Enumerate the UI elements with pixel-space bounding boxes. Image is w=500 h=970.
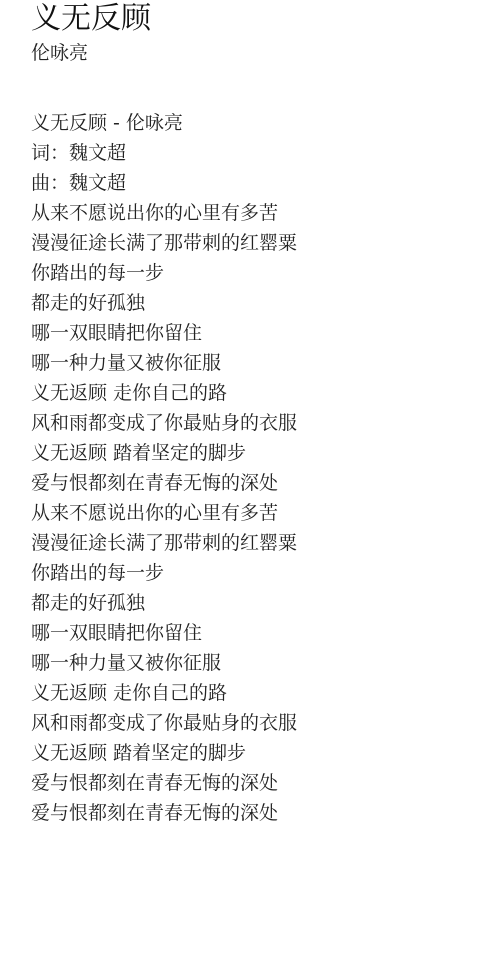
lyric-line: 哪一双眼睛把你留住: [31, 318, 297, 348]
lyric-line: 词：魏文超: [31, 138, 297, 168]
lyric-line: 义无返顾 踏着坚定的脚步: [31, 738, 297, 768]
lyric-line: 义无返顾 走你自己的路: [31, 378, 297, 408]
lyric-line: 风和雨都变成了你最贴身的衣服: [31, 708, 297, 738]
lyric-line: 都走的好孤独: [31, 588, 297, 618]
lyric-line: 风和雨都变成了你最贴身的衣服: [31, 408, 297, 438]
song-title: 义无反顾: [31, 0, 151, 38]
lyric-line: 义无返顾 踏着坚定的脚步: [31, 438, 297, 468]
lyric-line: 都走的好孤独: [31, 288, 297, 318]
lyric-line: 哪一双眼睛把你留住: [31, 618, 297, 648]
lyric-line: 义无返顾 走你自己的路: [31, 678, 297, 708]
lyric-line: 漫漫征途长满了那带刺的红罂粟: [31, 228, 297, 258]
lyric-line: 义无反顾 - 伦咏亮: [31, 108, 297, 138]
lyric-line: 哪一种力量又被你征服: [31, 648, 297, 678]
lyric-line: 从来不愿说出你的心里有多苦: [31, 498, 297, 528]
artist-name: 伦咏亮: [31, 40, 88, 66]
lyric-line: 爱与恨都刻在青春无悔的深处: [31, 798, 297, 828]
lyric-line: 爱与恨都刻在青春无悔的深处: [31, 468, 297, 498]
lyric-line: 哪一种力量又被你征服: [31, 348, 297, 378]
lyric-line: 曲：魏文超: [31, 168, 297, 198]
lyric-line: 你踏出的每一步: [31, 558, 297, 588]
lyric-line: 漫漫征途长满了那带刺的红罂粟: [31, 528, 297, 558]
lyric-line: 你踏出的每一步: [31, 258, 297, 288]
lyric-line: 爱与恨都刻在青春无悔的深处: [31, 768, 297, 798]
lyric-line: 从来不愿说出你的心里有多苦: [31, 198, 297, 228]
lyrics-list: 义无反顾 - 伦咏亮 词：魏文超 曲：魏文超 从来不愿说出你的心里有多苦 漫漫征…: [31, 108, 297, 828]
